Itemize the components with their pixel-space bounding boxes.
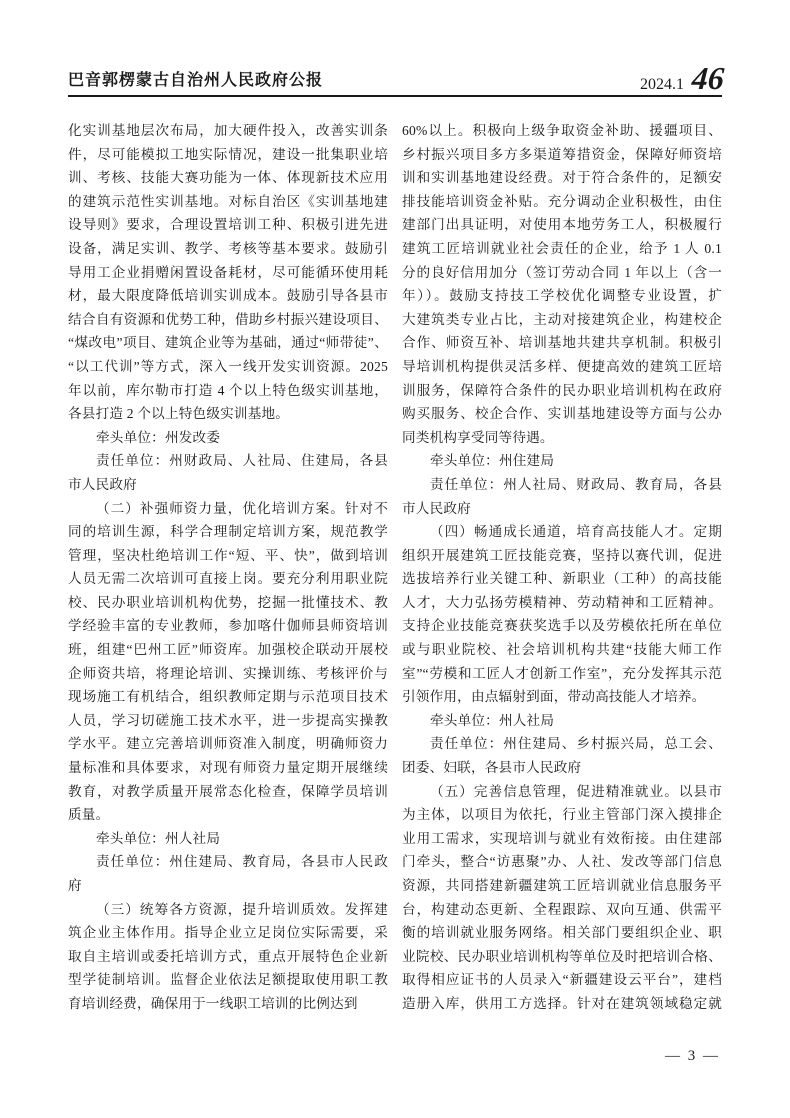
text-line: 责任单位：州财政局、人社局、住建局，各县 — [68, 449, 388, 473]
text-line: 业用工需求，实现培训与就业有效衔接。由住建部 — [402, 827, 722, 851]
text-line: 年））。鼓励支持技工学校优化调整专业设置，扩 — [402, 284, 722, 308]
text-line: 府 — [68, 874, 388, 898]
text-line: 门牵头，整合“访惠聚”办、人社、发改等部门信息 — [402, 850, 722, 874]
text-line: 牵头单位：州发改委 — [68, 426, 388, 450]
text-line: 市人民政府 — [68, 473, 388, 497]
text-line: 取自主培训或委托培训方式，重点开展特色企业新 — [68, 945, 388, 969]
text-line: 大建筑类专业占比，主动对接建筑企业，构建校企 — [402, 308, 722, 332]
text-line: 引领作用，由点辐射到面，带动高技能人才培养。 — [402, 685, 722, 709]
text-line: 导用工企业捐赠闲置设备耗材，尽可能循环使用耗 — [68, 261, 388, 285]
gazette-title: 巴音郭楞蒙古自治州人民政府公报 — [68, 67, 323, 90]
header-divider — [68, 95, 722, 97]
issue-number: 46 — [691, 62, 725, 94]
text-line: 市人民政府 — [402, 497, 722, 521]
text-line: 设备，满足实训、教学、考核等基本要求。鼓励引 — [68, 237, 388, 261]
text-line: 人才，大力弘扬劳模精神、劳动精神和工匠精神。 — [402, 591, 722, 615]
text-line: 选拔培养行业关键工种、新职业（工种）的高技能 — [402, 567, 722, 591]
text-line: 结合自有资源和优势工种，借助乡村振兴建设项目、 — [68, 308, 388, 332]
text-line: 年以前，库尔勒市打造 4 个以上特色级实训基地， — [68, 379, 388, 403]
text-line: 现场施工有机结合，组织教师定期与示范项目技术 — [68, 685, 388, 709]
text-line: （四）畅通成长通道，培育高技能人才。定期 — [402, 520, 722, 544]
text-line: 企师资共培，将理论培训、实操训练、考核评价与 — [68, 662, 388, 686]
text-line: 资源，共同搭建新疆建筑工匠培训就业信息服务平 — [402, 874, 722, 898]
text-line: 管理，坚决杜绝培训工作“短、平、快”，做到培训 — [68, 544, 388, 568]
text-line: 支持企业技能竞赛获奖选手以及劳模依托所在单位 — [402, 614, 722, 638]
text-line: 责任单位：州人社局、财政局、教育局，各县 — [402, 473, 722, 497]
text-line: 团委、妇联，各县市人民政府 — [402, 756, 722, 780]
page-header: 巴音郭楞蒙古自治州人民政府公报 2024.1 46 — [68, 56, 724, 94]
text-line: 材，最大限度降低培训实训成本。鼓励引导各县市 — [68, 284, 388, 308]
text-line: 各县打造 2 个以上特色级实训基地。 — [68, 402, 388, 426]
right-column: 60%以上。积极向上级争取资金补助、援疆项目、乡村振兴项目多方多渠道筹措资金，保… — [402, 119, 722, 1016]
gazette-page: 巴音郭楞蒙古自治州人民政府公报 2024.1 46 化实训基地层次布局，加大硬件… — [0, 0, 790, 1118]
text-line: 训和实训基地建设经费。对于符合条件的，足额安 — [402, 166, 722, 190]
text-line: 训、考核、技能大赛功能为一体、体现新技术应用 — [68, 166, 388, 190]
text-line: 班，组建“巴州工匠”师资库。加强校企联动开展校 — [68, 638, 388, 662]
text-line: 牵头单位：州人社局 — [402, 709, 722, 733]
issue-date: 2024.1 — [640, 76, 684, 94]
text-line: 分的良好信用加分（签订劳动合同 1 年以上（含一 — [402, 261, 722, 285]
text-line: 件，尽可能模拟工地实际情况，建设一批集职业培 — [68, 143, 388, 167]
text-line: 育培训经费，确保用于一线职工培训的比例达到 — [68, 992, 388, 1016]
text-line: （二）补强师资力量，优化培训方案。针对不 — [68, 497, 388, 521]
text-line: （五）完善信息管理，促进精准就业。以县市 — [402, 780, 722, 804]
text-line: 型学徒制培训。监督企业依法足额提取使用职工教 — [68, 968, 388, 992]
text-line: 设导则》要求，合理设置培训工种、积极引进先进 — [68, 213, 388, 237]
text-line: 牵头单位：州人社局 — [68, 827, 388, 851]
text-line: 或与职业院校、社会培训机构共建“技能大师工作 — [402, 638, 722, 662]
text-line: 60%以上。积极向上级争取资金补助、援疆项目、 — [402, 119, 722, 143]
text-line: 责任单位：州住建局、乡村振兴局，总工会、 — [402, 732, 722, 756]
text-line: 业院校、民办职业培训机构等单位及时把培训合格、 — [402, 945, 722, 969]
text-line: 化实训基地层次布局，加大硬件投入，改善实训条 — [68, 119, 388, 143]
text-line: 学经验丰富的专业教师，参加喀什伽师县师资培训 — [68, 614, 388, 638]
page-number: — 3 — — [665, 1048, 720, 1065]
text-line: “以工代训”等方式，深入一线开发实训资源。2025 — [68, 355, 388, 379]
text-line: 建筑工匠培训就业社会责任的企业，给予 1 人 0.1 — [402, 237, 722, 261]
text-line: 组织开展建筑工匠技能竞赛，坚持以赛代训，促进 — [402, 544, 722, 568]
text-line: 的建筑示范性实训基地。对标自治区《实训基地建 — [68, 190, 388, 214]
text-line: 为主体，以项目为依托，行业主管部门深入摸排企 — [402, 803, 722, 827]
text-line: 训服务，保障符合条件的民办职业培训机构在政府 — [402, 379, 722, 403]
text-line: 取得相应证书的人员录入“新疆建设云平台”，建档 — [402, 968, 722, 992]
text-line: 同的培训生源，科学合理制定培训方案，规范教学 — [68, 520, 388, 544]
left-column: 化实训基地层次布局，加大硬件投入，改善实训条件，尽可能模拟工地实际情况，建设一批… — [68, 119, 388, 1016]
text-line: 台，构建动态更新、全程跟踪、双向互通、供需平 — [402, 898, 722, 922]
text-line: 学水平。建立完善培训师资准入制度，明确师资力 — [68, 732, 388, 756]
text-line: 人员，学习切磋施工技术水平，进一步提高实操教 — [68, 709, 388, 733]
document-body: 化实训基地层次布局，加大硬件投入，改善实训条件，尽可能模拟工地实际情况，建设一批… — [68, 119, 722, 1016]
text-line: 筑企业主体作用。指导企业立足岗位实际需要，采 — [68, 921, 388, 945]
text-line: （三）统筹各方资源，提升培训质效。发挥建 — [68, 898, 388, 922]
text-line: 教育，对教学质量开展常态化检查，保障学员培训 — [68, 780, 388, 804]
text-line: 室”“劳模和工匠人才创新工作室”，充分发挥其示范 — [402, 662, 722, 686]
text-line: 乡村振兴项目多方多渠道筹措资金，保障好师资培 — [402, 143, 722, 167]
text-line: 质量。 — [68, 803, 388, 827]
text-line: 衡的培训就业服务网络。相关部门要组织企业、职 — [402, 921, 722, 945]
text-line: 建部门出具证明，对使用本地劳务工人，积极履行 — [402, 213, 722, 237]
header-issue-info: 2024.1 46 — [640, 62, 724, 94]
text-line: 校、民办职业培训机构优势，挖掘一批懂技术、教 — [68, 591, 388, 615]
text-line: 牵头单位：州住建局 — [402, 449, 722, 473]
text-line: 责任单位：州住建局、教育局，各县市人民政 — [68, 850, 388, 874]
text-line: 人员无需二次培训可直接上岗。要充分利用职业院 — [68, 567, 388, 591]
text-line: 量标准和具体要求，对现有师资力量定期开展继续 — [68, 756, 388, 780]
text-line: 合作、师资互补、培训基地共建共享机制。积极引 — [402, 331, 722, 355]
text-line: “煤改电”项目、建筑企业等为基础，通过“师带徒”、 — [68, 331, 388, 355]
text-line: 导培训机构提供灵活多样、便捷高效的建筑工匠培 — [402, 355, 722, 379]
text-line: 购买服务、校企合作、实训基地建设等方面与公办 — [402, 402, 722, 426]
text-line: 排技能培训资金补贴。充分调动企业积极性，由住 — [402, 190, 722, 214]
text-line: 同类机构享受同等待遇。 — [402, 426, 722, 450]
text-line: 造册入库，供用工方选择。针对在建筑领域稳定就 — [402, 992, 722, 1016]
